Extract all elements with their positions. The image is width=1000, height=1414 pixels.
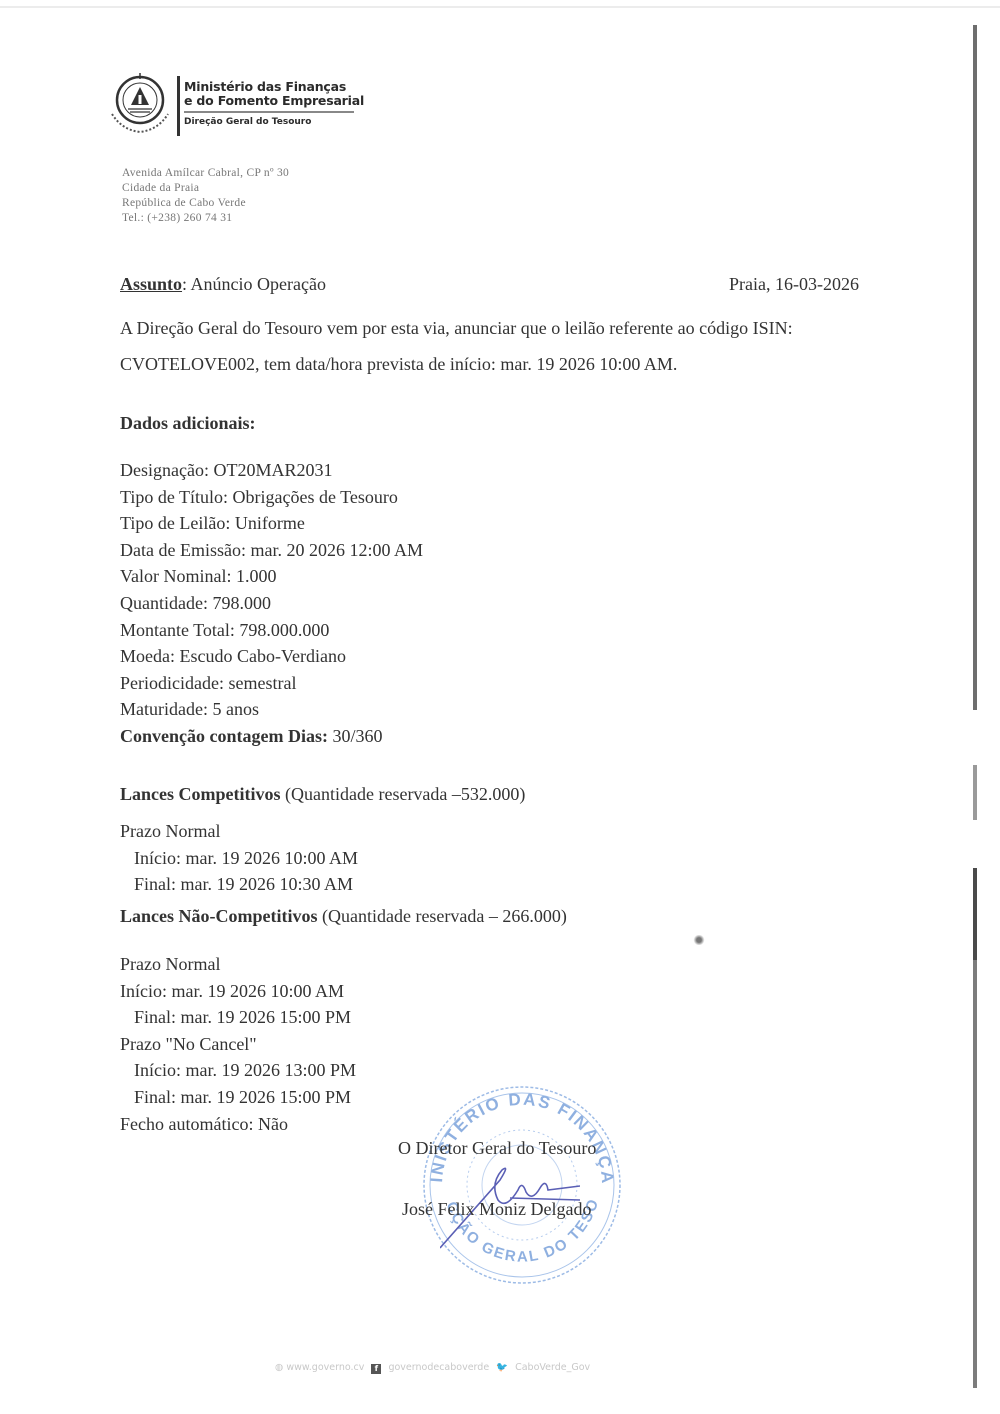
competitive-bids-schedule: Prazo Normal Início: mar. 19 2026 10:00 … — [120, 818, 358, 898]
scan-edge-mark — [973, 765, 977, 820]
footer-contacts: ◍ www.governo.cv f governodecaboverde 🐦 … — [275, 1362, 590, 1374]
address-line: Avenida Amílcar Cabral, CP nº 30 — [122, 166, 289, 181]
detail-row: Tipo de Leilão: Uniforme — [120, 510, 423, 537]
detail-row: Designação: OT20MAR2031 — [120, 457, 423, 484]
letterhead: Ministério das Finanças e do Fomento Emp… — [184, 80, 364, 128]
period-start: Início: mar. 19 2026 10:00 AM — [120, 845, 358, 872]
non-competitive-bids-heading: Lances Não-Competitivos (Quantidade rese… — [120, 906, 567, 926]
department-name: Direção Geral do Tesouro — [184, 117, 364, 128]
detail-row: Periodicidade: semestral — [120, 670, 423, 697]
subject-value: : Anúncio Operação — [182, 274, 326, 294]
period-name: Prazo "No Cancel" — [120, 1031, 356, 1058]
facebook-icon: f — [371, 1364, 381, 1374]
auto-close: Fecho automático: Não — [120, 1111, 356, 1138]
detail-row: Tipo de Título: Obrigações de Tesouro — [120, 484, 423, 511]
address-line: Tel.: (+238) 260 74 31 — [122, 211, 289, 226]
address-line: Cidade da Praia — [122, 181, 289, 196]
twitter-icon: 🐦 — [496, 1362, 508, 1373]
non-competitive-bids-schedule: Prazo Normal Início: mar. 19 2026 10:00 … — [120, 951, 356, 1137]
additional-data-title: Dados adicionais: — [120, 413, 256, 433]
twitter-link[interactable]: CaboVerde_Gov — [515, 1362, 590, 1373]
ministry-name: Ministério das Finanças — [184, 80, 364, 94]
period-name: Prazo Normal — [120, 951, 356, 978]
address-block: Avenida Amílcar Cabral, CP nº 30 Cidade … — [122, 166, 289, 226]
period-end: Final: mar. 19 2026 10:30 AM — [120, 871, 358, 898]
place-date: Praia, 16-03-2026 — [729, 274, 859, 294]
period-start: Início: mar. 19 2026 10:00 AM — [120, 978, 356, 1005]
letterhead-divider — [184, 111, 354, 113]
detail-row: Convenção contagem Dias: 30/360 — [120, 723, 423, 750]
detail-row: Montante Total: 798.000.000 — [120, 617, 423, 644]
letterhead-rule — [177, 76, 180, 136]
period-end: Final: mar. 19 2026 15:00 PM — [120, 1084, 356, 1111]
coat-of-arms-icon — [104, 68, 176, 140]
subject-label: Assunto — [120, 274, 182, 294]
address-line: República de Cabo Verde — [122, 196, 289, 211]
facebook-link[interactable]: governodecaboverde — [388, 1362, 489, 1373]
competitive-bids-heading: Lances Competitivos (Quantidade reservad… — [120, 784, 525, 804]
ministry-name-2: e do Fomento Empresarial — [184, 94, 364, 108]
detail-row: Moeda: Escudo Cabo-Verdiano — [120, 643, 423, 670]
period-start: Início: mar. 19 2026 13:00 PM — [120, 1057, 356, 1084]
scan-speck — [693, 935, 705, 945]
page-top-edge — [0, 6, 1000, 8]
detail-row: Data de Emissão: mar. 20 2026 12:00 AM — [120, 537, 423, 564]
globe-icon: ◍ — [275, 1362, 283, 1373]
period-end: Final: mar. 19 2026 15:00 PM — [120, 1004, 356, 1031]
subject-line: Assunto: Anúncio Operação — [120, 274, 326, 294]
signatory-name: José Felix Moniz Delgado — [402, 1199, 591, 1219]
detail-row: Valor Nominal: 1.000 — [120, 563, 423, 590]
detail-row: Maturidade: 5 anos — [120, 696, 423, 723]
scan-edge-mark — [973, 960, 977, 1388]
detail-row: Quantidade: 798.000 — [120, 590, 423, 617]
intro-paragraph: A Direção Geral do Tesouro vem por esta … — [120, 310, 890, 382]
scan-edge-mark — [973, 25, 977, 710]
additional-data-list: Designação: OT20MAR2031 Tipo de Título: … — [120, 457, 423, 750]
website-link[interactable]: www.governo.cv — [286, 1362, 364, 1373]
period-name: Prazo Normal — [120, 818, 358, 845]
